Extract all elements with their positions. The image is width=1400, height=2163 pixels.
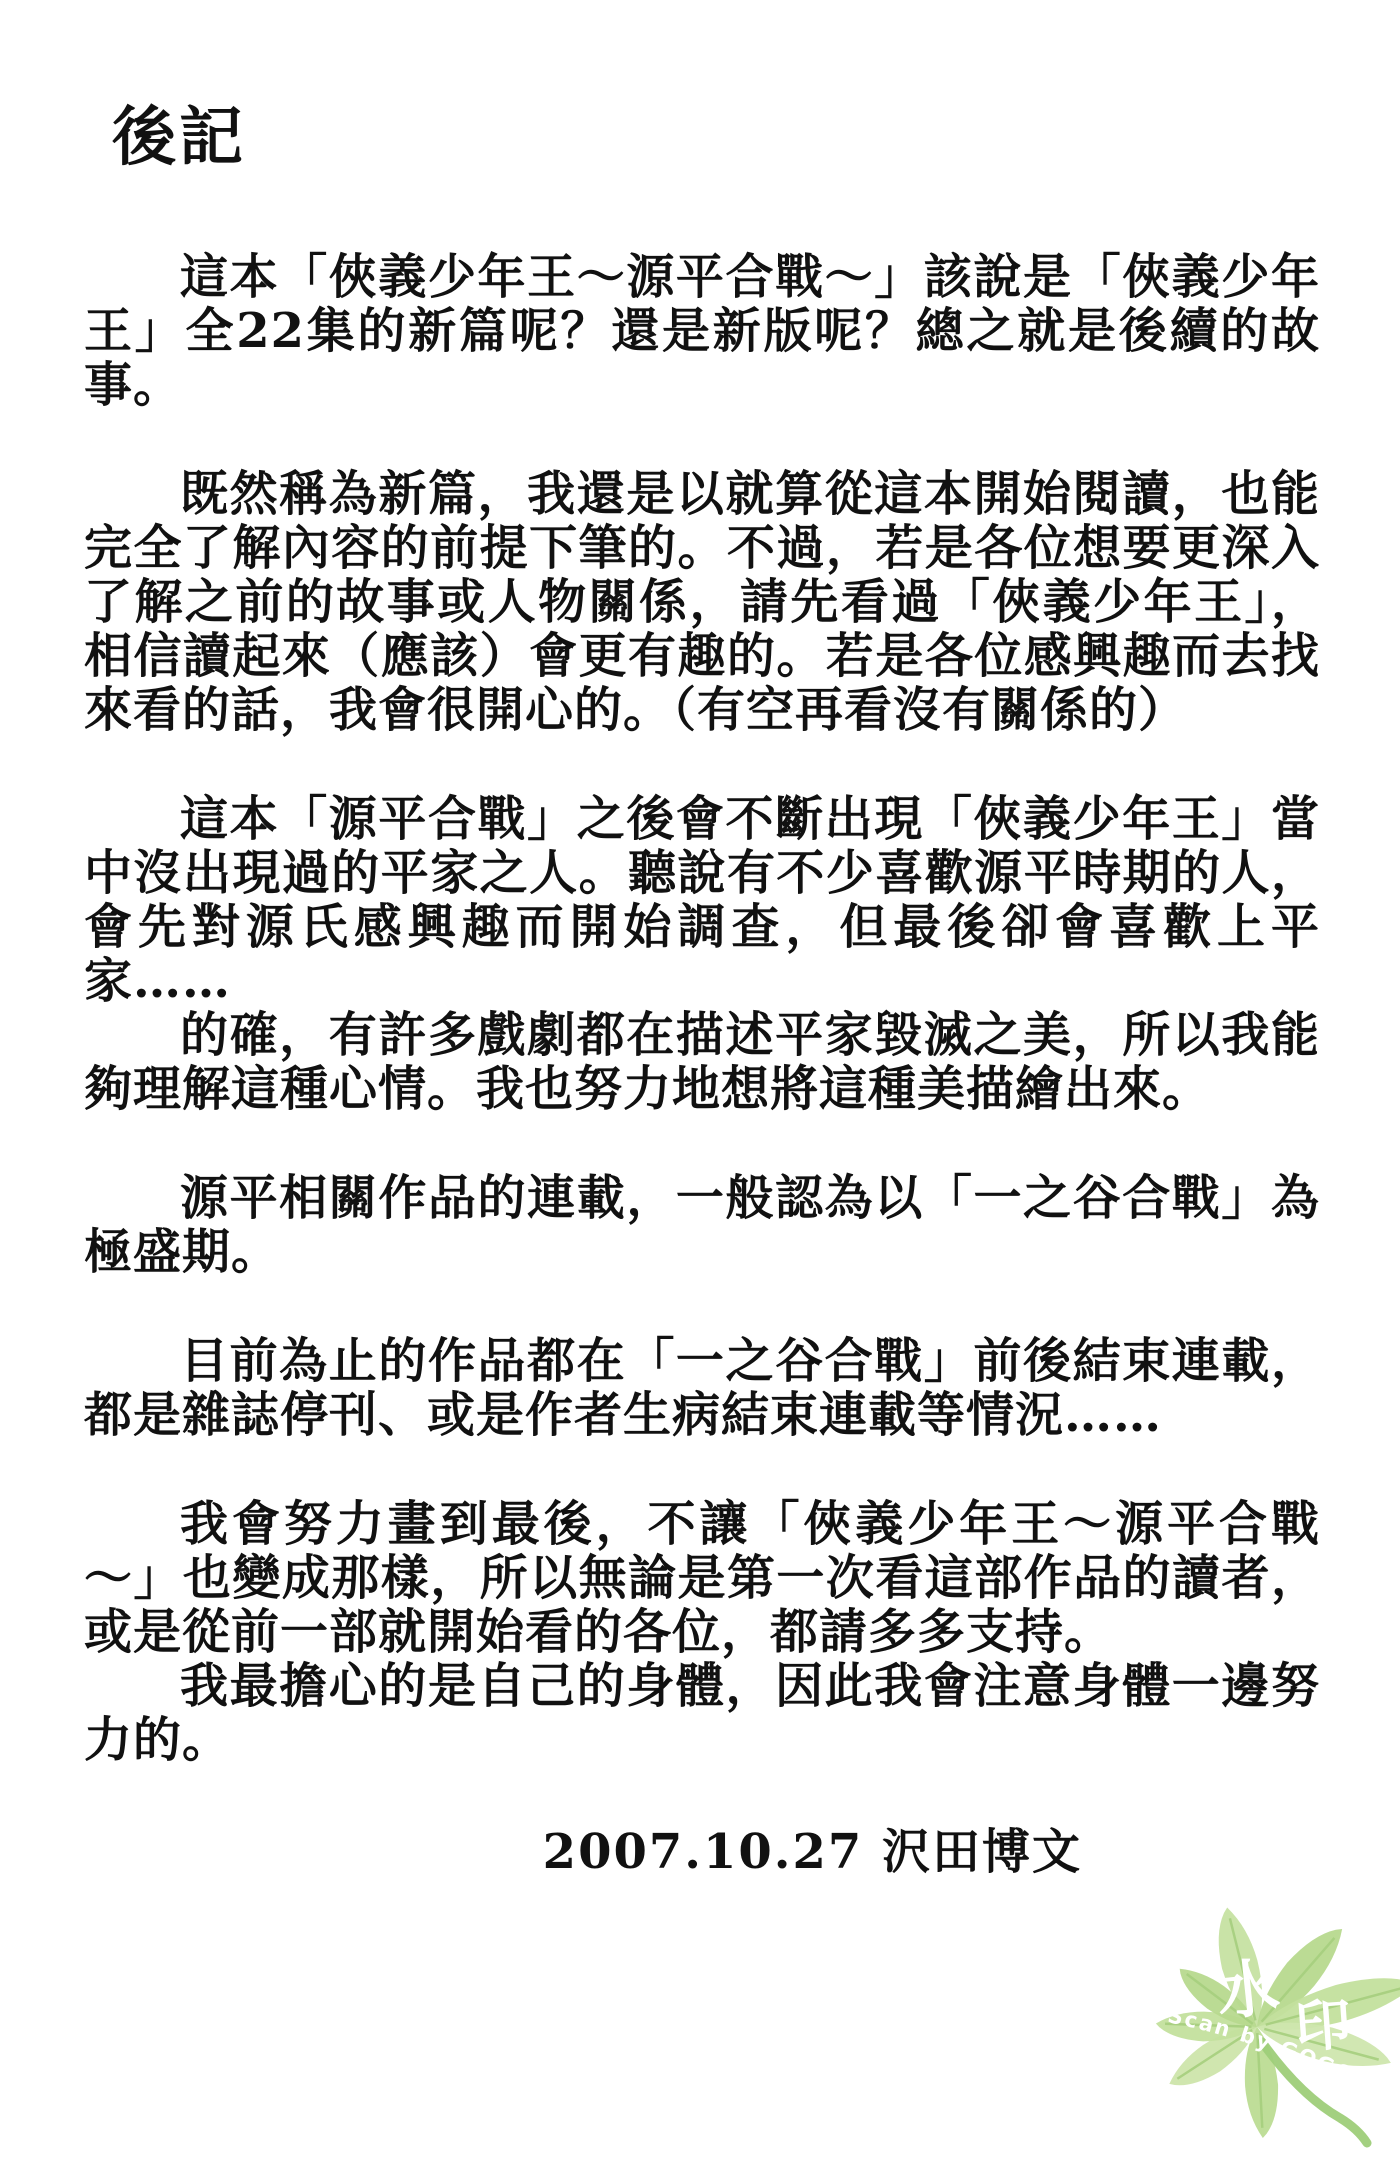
- watermark-maple-leaf-icon: 水 印 Scan by GOGO70811: [1115, 1870, 1400, 2163]
- paragraph: 的確，有許多戲劇都在描述平家毀滅之美，所以我能夠理解這種心情。我也努力地想將這種…: [84, 1008, 1320, 1116]
- page-title: 後記: [112, 86, 246, 178]
- paragraph: 這本「俠義少年王～源平合戰～」該說是「俠義少年王」全22集的新篇呢？還是新版呢？…: [84, 250, 1320, 412]
- afterword-page: 後記 這本「俠義少年王～源平合戰～」該說是「俠義少年王」全22集的新篇呢？還是新…: [0, 0, 1400, 2163]
- paragraph: 目前為止的作品都在「一之谷合戰」前後結束連載，都是雜誌停刊、或是作者生病結束連載…: [84, 1334, 1320, 1442]
- afterword-body: 這本「俠義少年王～源平合戰～」該說是「俠義少年王」全22集的新篇呢？還是新版呢？…: [84, 250, 1320, 1879]
- paragraph: 源平相關作品的連載，一般認為以「一之谷合戰」為極盛期。: [84, 1171, 1320, 1279]
- paragraph: 這本「源平合戰」之後會不斷出現「俠義少年王」當中沒出現過的平家之人。聽說有不少喜…: [84, 792, 1320, 1008]
- signature-date-author: 2007.10.27 沢田博文: [84, 1825, 1320, 1879]
- paragraph: 我會努力畫到最後，不讓「俠義少年王～源平合戰～」也變成那樣，所以無論是第一次看這…: [84, 1497, 1320, 1659]
- paragraph: 我最擔心的是自己的身體，因此我會注意身體一邊努力的。: [84, 1659, 1320, 1767]
- paragraph: 既然稱為新篇，我還是以就算從這本開始閱讀，也能完全了解內容的前提下筆的。不過，若…: [84, 467, 1320, 737]
